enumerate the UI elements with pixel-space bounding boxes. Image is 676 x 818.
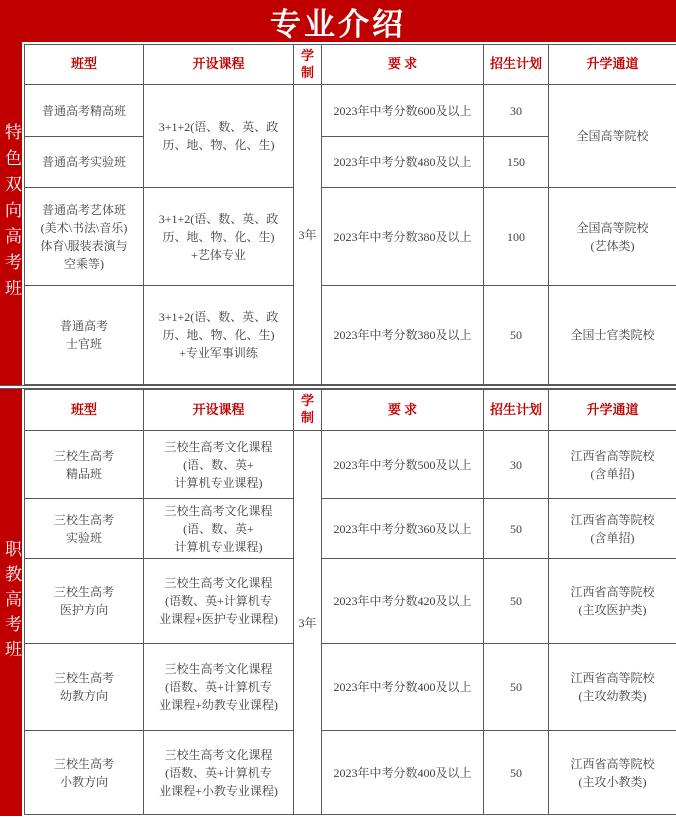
class-type-cell: 三校生高考 精品班 <box>25 431 144 499</box>
class-type-cell: 三校生高考 医护方向 <box>25 559 144 644</box>
class-type-cell: 普通高考精高班 <box>25 85 144 137</box>
enrollment-cell: 50 <box>484 499 549 559</box>
table-header-row: 班型 开设课程 学制 要 求 招生计划 升学通道 <box>25 45 676 85</box>
enrollment-cell: 150 <box>484 137 549 188</box>
pathway-cell: 全国高等院校 <box>549 85 676 188</box>
section-label: 职教高考班 <box>0 540 22 665</box>
class-type-cell: 三校生高考 小教方向 <box>25 731 144 815</box>
section-label: 特色双向高考班 <box>0 123 22 305</box>
requirement-cell: 2023年中考分数400及以上 <box>322 731 484 815</box>
table-row: 普通高考艺体班 (美术\书法\音乐) 体育\服装表演与 空乘等) 3+1+2(语… <box>25 188 676 286</box>
col-header-requirements: 要 求 <box>322 390 484 431</box>
col-header-duration: 学制 <box>294 45 322 85</box>
class-type-cell: 普通高考实验班 <box>25 137 144 188</box>
col-header-courses: 开设课程 <box>144 45 294 85</box>
requirement-cell: 2023年中考分数400及以上 <box>322 644 484 731</box>
vocational-gaokao-table: 班型 开设课程 学制 要 求 招生计划 升学通道 三校生高考 精品班 三校生高考… <box>24 389 676 815</box>
pathway-cell: 全国士官类院校 <box>549 286 676 385</box>
requirement-cell: 2023年中考分数420及以上 <box>322 559 484 644</box>
table-row: 三校生高考 医护方向 三校生高考文化课程 (语数、英+计算机专 业课程+医护专业… <box>25 559 676 644</box>
class-type-cell: 三校生高考 幼教方向 <box>25 644 144 731</box>
table-row: 普通高考精高班 3+1+2(语、数、英、政 历、地、物、化、生) 3年 2023… <box>25 85 676 137</box>
col-header-enrollment: 招生计划 <box>484 390 549 431</box>
special-gaokao-table: 班型 开设课程 学制 要 求 招生计划 升学通道 普通高考精高班 3+1+2(语… <box>24 44 676 385</box>
table-header-row: 班型 开设课程 学制 要 求 招生计划 升学通道 <box>25 390 676 431</box>
section-sidebar-special-gaokao: 特色双向高考班 <box>0 42 22 385</box>
requirement-cell: 2023年中考分数480及以上 <box>322 137 484 188</box>
col-header-class-type: 班型 <box>25 390 144 431</box>
pathway-cell: 江西省高等院校 (主攻幼教类) <box>549 644 676 731</box>
courses-cell: 3+1+2(语、数、英、政 历、地、物、化、生) +专业军事训练 <box>144 286 294 385</box>
program-introduction-page: 专业介绍 特色双向高考班 班型 开设课程 学制 要 求 招生计划 升学通道 普通… <box>0 0 676 818</box>
requirement-cell: 2023年中考分数380及以上 <box>322 286 484 385</box>
pathway-cell: 江西省高等院校 (主攻小教类) <box>549 731 676 815</box>
table-row: 三校生高考 实验班 三校生高考文化课程 (语、数、英+ 计算机专业课程) 202… <box>25 499 676 559</box>
courses-cell: 三校生高考文化课程 (语数、英+计算机专 业课程+小教专业课程) <box>144 731 294 815</box>
courses-cell: 三校生高考文化课程 (语数、英+计算机专 业课程+医护专业课程) <box>144 559 294 644</box>
requirement-cell: 2023年中考分数600及以上 <box>322 85 484 137</box>
courses-cell: 三校生高考文化课程 (语、数、英+ 计算机专业课程) <box>144 431 294 499</box>
enrollment-cell: 50 <box>484 644 549 731</box>
table-row: 三校生高考 幼教方向 三校生高考文化课程 (语数、英+计算机专 业课程+幼教专业… <box>25 644 676 731</box>
pathway-cell: 江西省高等院校 (含单招) <box>549 431 676 499</box>
col-header-requirements: 要 求 <box>322 45 484 85</box>
requirement-cell: 2023年中考分数360及以上 <box>322 499 484 559</box>
requirement-cell: 2023年中考分数380及以上 <box>322 188 484 286</box>
col-header-duration: 学制 <box>294 390 322 431</box>
courses-cell: 3+1+2(语、数、英、政 历、地、物、化、生) <box>144 85 294 188</box>
enrollment-cell: 30 <box>484 85 549 137</box>
enrollment-cell: 50 <box>484 286 549 385</box>
section-sidebar-vocational-gaokao: 职教高考班 <box>0 389 22 816</box>
table-row: 三校生高考 精品班 三校生高考文化课程 (语、数、英+ 计算机专业课程) 3年 … <box>25 431 676 499</box>
pathway-cell: 江西省高等院校 (主攻医护类) <box>549 559 676 644</box>
col-header-enrollment: 招生计划 <box>484 45 549 85</box>
enrollment-cell: 100 <box>484 188 549 286</box>
class-type-cell: 三校生高考 实验班 <box>25 499 144 559</box>
table-row: 三校生高考 小教方向 三校生高考文化课程 (语数、英+计算机专 业课程+小教专业… <box>25 731 676 815</box>
requirement-cell: 2023年中考分数500及以上 <box>322 431 484 499</box>
page-title: 专业介绍 <box>0 0 676 42</box>
col-header-pathway: 升学通道 <box>549 390 676 431</box>
enrollment-cell: 30 <box>484 431 549 499</box>
class-type-cell: 普通高考艺体班 (美术\书法\音乐) 体育\服装表演与 空乘等) <box>25 188 144 286</box>
courses-cell: 3+1+2(语、数、英、政 历、地、物、化、生) +艺体专业 <box>144 188 294 286</box>
courses-cell: 三校生高考文化课程 (语、数、英+ 计算机专业课程) <box>144 499 294 559</box>
enrollment-cell: 50 <box>484 559 549 644</box>
class-type-cell: 普通高考 士官班 <box>25 286 144 385</box>
pathway-cell: 全国高等院校 (艺体类) <box>549 188 676 286</box>
enrollment-cell: 50 <box>484 731 549 815</box>
pathway-cell: 江西省高等院校 (含单招) <box>549 499 676 559</box>
col-header-courses: 开设课程 <box>144 390 294 431</box>
col-header-class-type: 班型 <box>25 45 144 85</box>
col-header-pathway: 升学通道 <box>549 45 676 85</box>
courses-cell: 三校生高考文化课程 (语数、英+计算机专 业课程+幼教专业课程) <box>144 644 294 731</box>
duration-cell: 3年 <box>294 431 322 815</box>
table-row: 普通高考 士官班 3+1+2(语、数、英、政 历、地、物、化、生) +专业军事训… <box>25 286 676 385</box>
duration-cell: 3年 <box>294 85 322 385</box>
